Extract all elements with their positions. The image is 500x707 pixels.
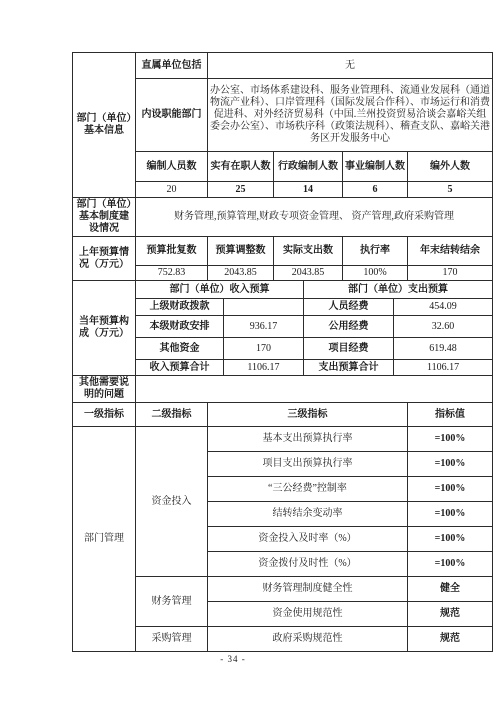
system-info-value-cell: 财务管理,预算管理,财政专项资金管理、 资产管理,政府采购管理 <box>136 198 493 237</box>
department-budget-table: 部门（单位）基本信息 直属单位包括 无 内设职能部门 办公室、市场体系建设科、服… <box>72 52 493 652</box>
staff-value-admin-cell: 14 <box>274 182 343 198</box>
indicator-level2-procurement-cell: 采购管理 <box>136 627 208 652</box>
income-row-label-cell: 上级财政拨款 <box>136 299 224 316</box>
prev-budget-approved-header-cell: 预算批复数 <box>136 237 208 266</box>
table-row: 20 25 14 6 5 <box>73 182 493 198</box>
table-row: 收入预算合计 1106.17 支出预算合计 1106.17 <box>73 360 493 376</box>
page-number: - 34 - <box>0 654 466 664</box>
indicator-level2-header-cell: 二级指标 <box>136 403 208 427</box>
table-row: 内设职能部门 办公室、市场体系建设科、服务业管理科、流通业发展科（通道物流产业科… <box>73 79 493 152</box>
table-row: 一级指标 二级指标 三级指标 指标值 <box>73 403 493 427</box>
staff-header-actual-cell: 实有在职人数 <box>208 152 274 182</box>
indicator-name-cell: 基本支出预算执行率 <box>208 427 408 452</box>
prev-budget-adjusted-header-cell: 预算调整数 <box>208 237 274 266</box>
income-total-label-cell: 收入预算合计 <box>136 360 224 376</box>
table-row: 其他需要说明的问题 <box>73 376 493 403</box>
table-row: 编制人员数 实有在职人数 行政编制人数 事业编制人数 编外人数 <box>73 152 493 182</box>
budget-table-container: 部门（单位）基本信息 直属单位包括 无 内设职能部门 办公室、市场体系建设科、服… <box>72 52 493 652</box>
system-info-label-cell: 部门（单位）基本制度建设情况 <box>73 198 136 237</box>
indicator-level1-cell: 部门管理 <box>73 427 136 652</box>
staff-header-public-cell: 事业编制人数 <box>343 152 408 182</box>
table-row: 部门管理 资金投入 基本支出预算执行率 =100% <box>73 427 493 452</box>
expense-budget-header-cell: 部门（单位）支出预算 <box>304 281 493 299</box>
income-total-value-cell: 1106.17 <box>224 360 304 376</box>
indicator-level3-header-cell: 三级指标 <box>208 403 408 427</box>
affiliated-units-label-cell: 直属单位包括 <box>136 53 208 79</box>
table-row: 本级财政安排 936.17 公用经费 32.60 <box>73 316 493 338</box>
indicator-name-cell: 资金投入及时率（%） <box>208 527 408 552</box>
indicator-value-cell: =100% <box>408 477 493 502</box>
expense-row-value-cell: 619.48 <box>394 338 493 360</box>
prev-budget-approved-value-cell: 752.83 <box>136 266 208 281</box>
internal-departments-label-cell: 内设职能部门 <box>136 79 208 152</box>
table-row: 当年预算构成（万元） 部门（单位）收入预算 部门（单位）支出预算 <box>73 281 493 299</box>
staff-value-actual-cell: 25 <box>208 182 274 198</box>
table-row: 752.83 2043.85 2043.85 100% 170 <box>73 266 493 281</box>
internal-departments-value-cell: 办公室、市场体系建设科、服务业管理科、流通业发展科（通道物流产业科）、口岸管理科… <box>208 79 493 152</box>
staff-value-external-cell: 5 <box>408 182 493 198</box>
other-issues-label-cell: 其他需要说明的问题 <box>73 376 136 403</box>
staff-value-public-cell: 6 <box>343 182 408 198</box>
indicator-name-cell: 项目支出预算执行率 <box>208 452 408 477</box>
indicator-value-cell: 规范 <box>408 627 493 652</box>
indicator-level2-finance-cell: 财务管理 <box>136 577 208 627</box>
expense-row-value-cell: 454.09 <box>394 299 493 316</box>
indicator-value-cell: =100% <box>408 427 493 452</box>
indicator-value-cell: 规范 <box>408 602 493 627</box>
indicator-value-cell: =100% <box>408 452 493 477</box>
prev-budget-adjusted-value-cell: 2043.85 <box>208 266 274 281</box>
prev-budget-carryover-header-cell: 年末结转结余 <box>408 237 493 266</box>
expense-row-label-cell: 公用经费 <box>304 316 394 338</box>
indicator-name-cell: 资金拨付及时性（%） <box>208 552 408 577</box>
current-budget-label-cell: 当年预算构成（万元） <box>73 281 136 376</box>
prev-budget-actual-value-cell: 2043.85 <box>274 266 343 281</box>
prev-budget-execution-header-cell: 执行率 <box>343 237 408 266</box>
income-row-value-cell: 936.17 <box>224 316 304 338</box>
expense-row-label-cell: 人员经费 <box>304 299 394 316</box>
prev-budget-actual-header-cell: 实际支出数 <box>274 237 343 266</box>
indicator-name-cell: 资金使用规范性 <box>208 602 408 627</box>
income-row-label-cell: 其他资金 <box>136 338 224 360</box>
staff-header-external-cell: 编外人数 <box>408 152 493 182</box>
table-row: 采购管理 政府采购规范性 规范 <box>73 627 493 652</box>
expense-row-value-cell: 32.60 <box>394 316 493 338</box>
indicator-value-cell: =100% <box>408 527 493 552</box>
table-row: 上级财政拨款 人员经费 454.09 <box>73 299 493 316</box>
staff-value-authorized-cell: 20 <box>136 182 208 198</box>
table-row: 财务管理 财务管理制度健全性 健全 <box>73 577 493 602</box>
prev-budget-label-cell: 上年预算情况（万元） <box>73 237 136 281</box>
income-row-value-cell: 170 <box>224 338 304 360</box>
other-issues-value-cell <box>136 376 493 403</box>
indicator-value-cell: =100% <box>408 502 493 527</box>
document-page: { "page": { "footer": "- 34 -" }, "color… <box>0 0 500 707</box>
indicator-level1-header-cell: 一级指标 <box>73 403 136 427</box>
income-budget-header-cell: 部门（单位）收入预算 <box>136 281 304 299</box>
table-row: 部门（单位）基本制度建设情况 财务管理,预算管理,财政专项资金管理、 资产管理,… <box>73 198 493 237</box>
prev-budget-execution-value-cell: 100% <box>343 266 408 281</box>
indicator-value-cell: =100% <box>408 552 493 577</box>
indicator-value-cell: 健全 <box>408 577 493 602</box>
income-row-label-cell: 本级财政安排 <box>136 316 224 338</box>
affiliated-units-value-cell: 无 <box>208 53 493 79</box>
table-row: 上年预算情况（万元） 预算批复数 预算调整数 实际支出数 执行率 年末结转结余 <box>73 237 493 266</box>
indicator-name-cell: “三公经费”控制率 <box>208 477 408 502</box>
expense-total-value-cell: 1106.17 <box>394 360 493 376</box>
indicator-level2-funding-cell: 资金投入 <box>136 427 208 577</box>
prev-budget-carryover-value-cell: 170 <box>408 266 493 281</box>
indicator-value-header-cell: 指标值 <box>408 403 493 427</box>
staff-header-authorized-cell: 编制人员数 <box>136 152 208 182</box>
basic-info-label-cell: 部门（单位）基本信息 <box>73 53 136 198</box>
indicator-name-cell: 财务管理制度健全性 <box>208 577 408 602</box>
income-row-value-cell <box>224 299 304 316</box>
staff-header-admin-cell: 行政编制人数 <box>274 152 343 182</box>
indicator-name-cell: 结转结余变动率 <box>208 502 408 527</box>
expense-row-label-cell: 项目经费 <box>304 338 394 360</box>
expense-total-label-cell: 支出预算合计 <box>304 360 394 376</box>
indicator-name-cell: 政府采购规范性 <box>208 627 408 652</box>
table-row: 部门（单位）基本信息 直属单位包括 无 <box>73 53 493 79</box>
table-row: 其他资金 170 项目经费 619.48 <box>73 338 493 360</box>
